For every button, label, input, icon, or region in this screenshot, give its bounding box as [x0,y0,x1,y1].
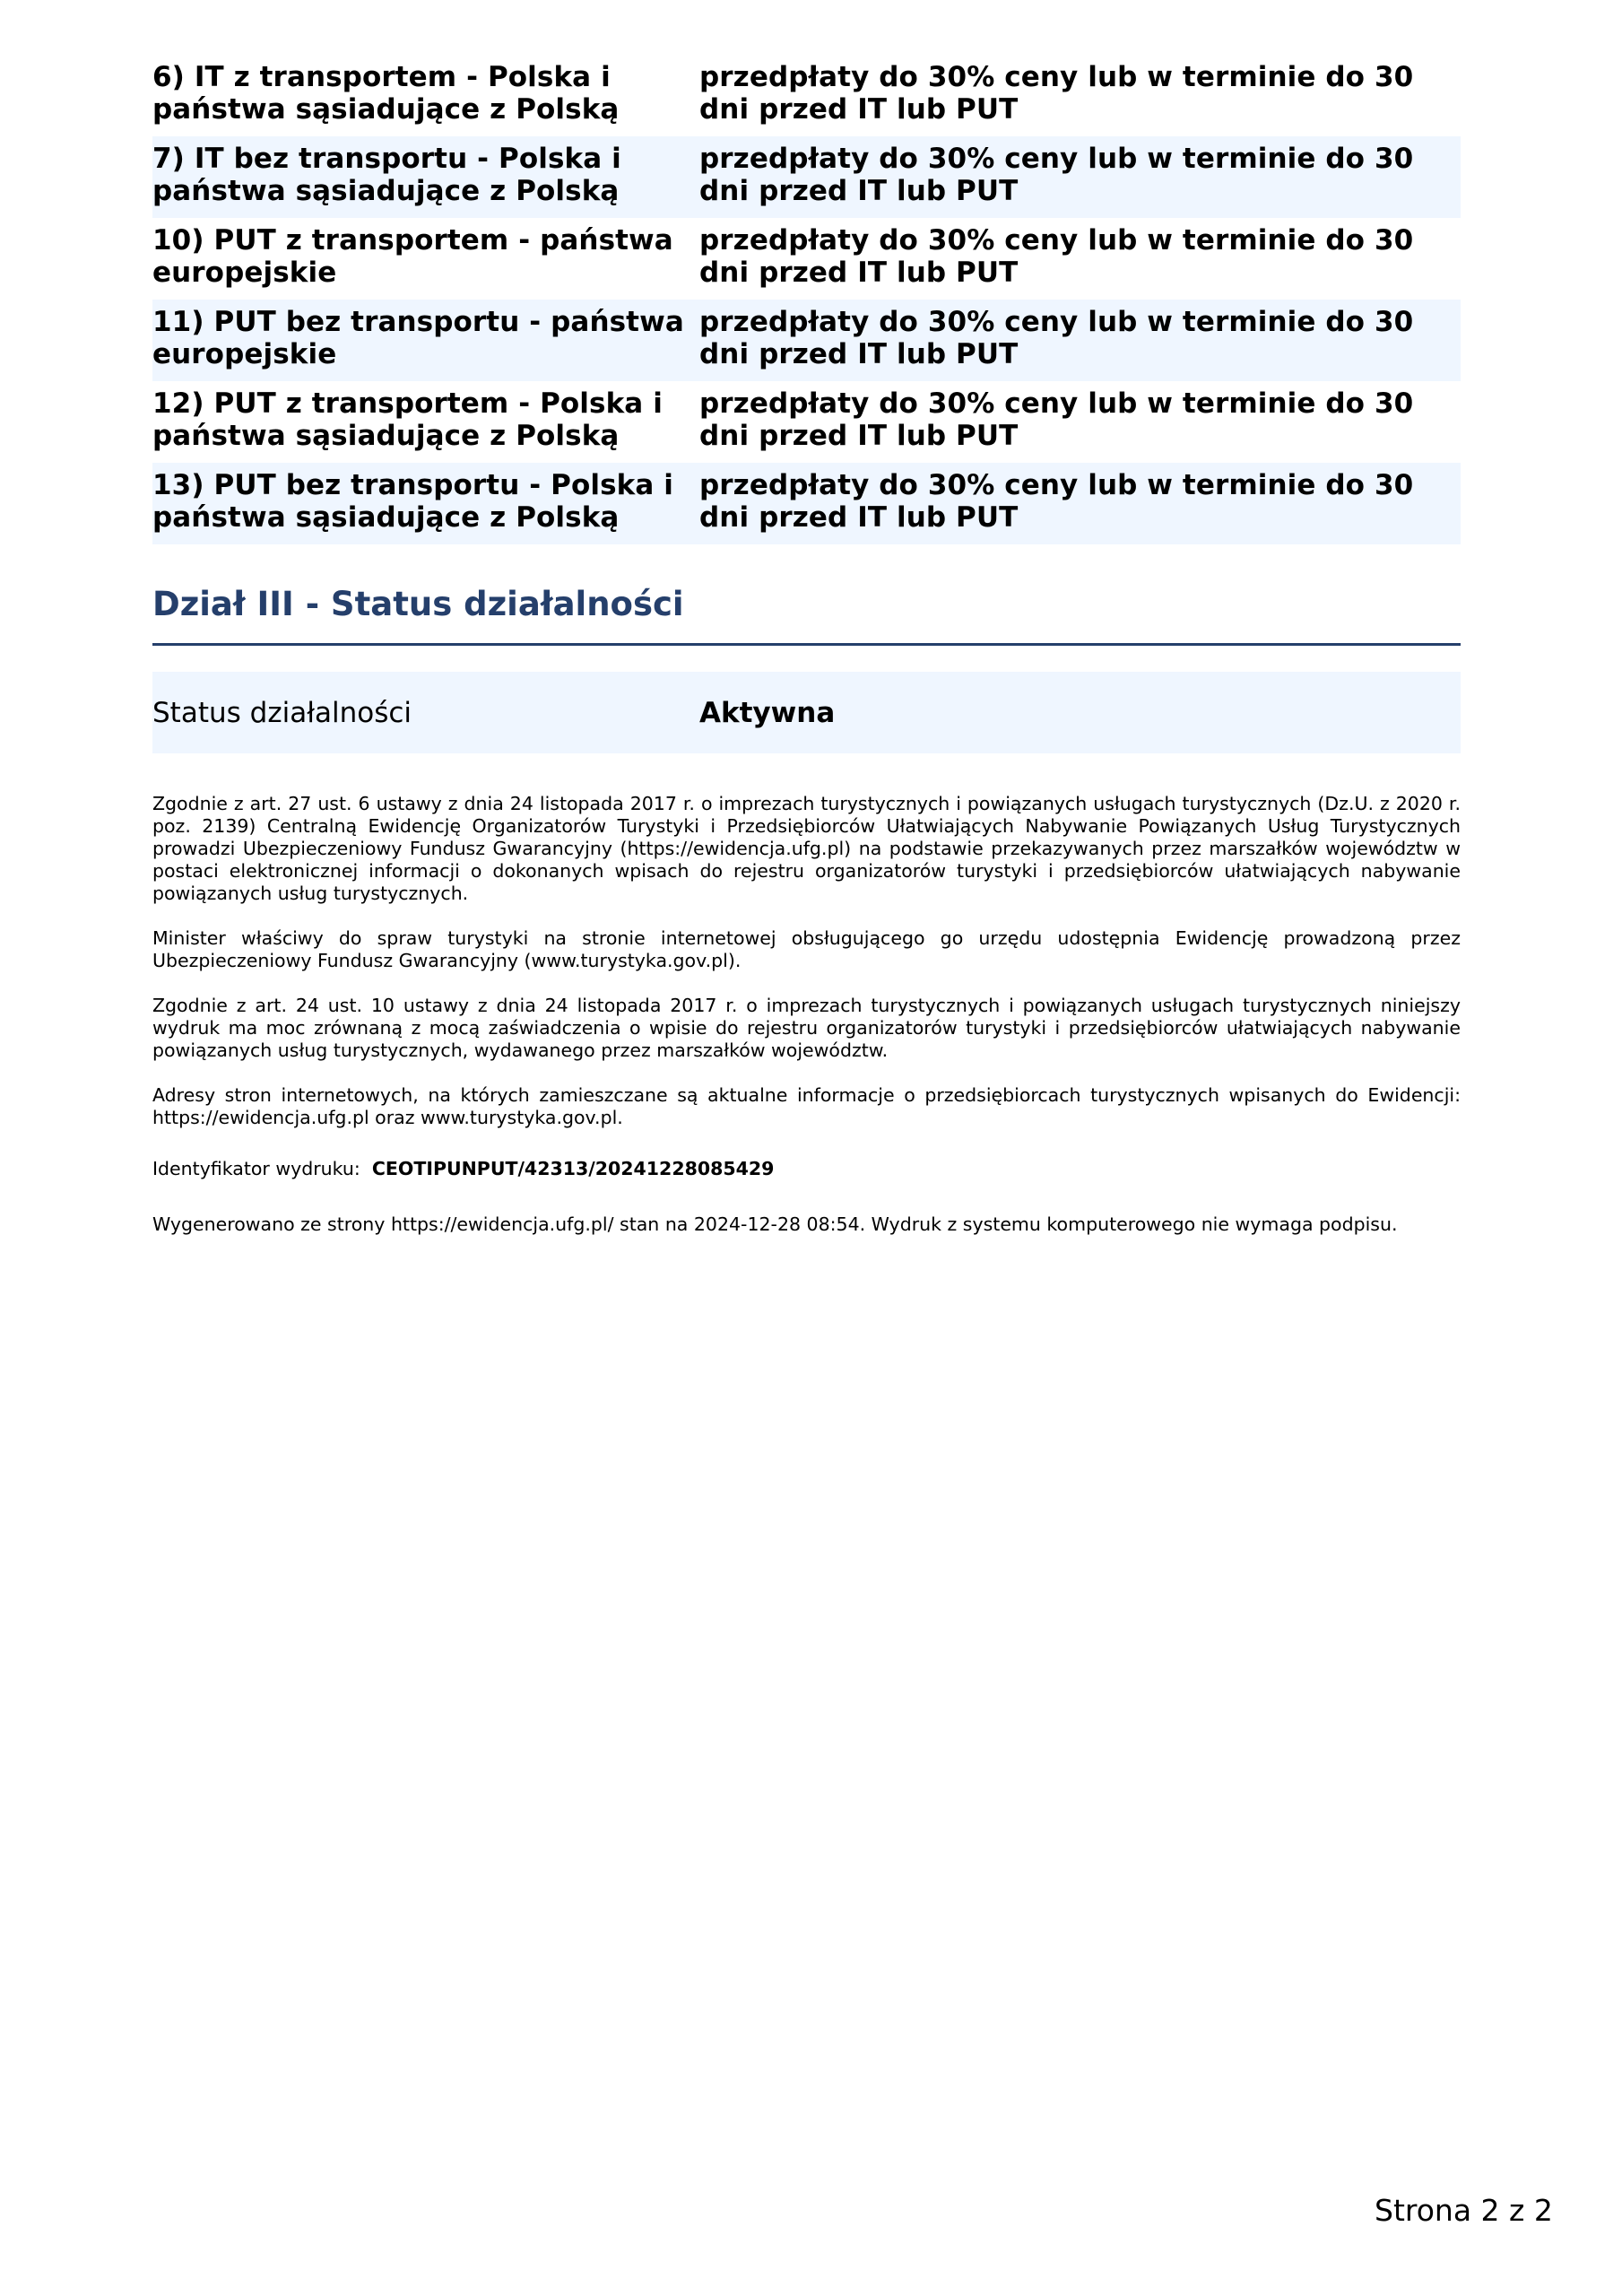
identifier-label: Identyfikator wydruku: [152,1158,360,1179]
row-type: 7) IT bez transportu - Polska i państwa … [152,143,699,218]
legal-paragraph: Zgodnie z art. 24 ust. 10 ustawy z dnia … [152,995,1461,1062]
row-type: 13) PUT bez transportu - Polska i państw… [152,469,699,544]
legal-notice: Zgodnie z art. 27 ust. 6 ustawy z dnia 2… [152,793,1461,1129]
legal-paragraph: Zgodnie z art. 27 ust. 6 ustawy z dnia 2… [152,793,1461,905]
row-type: 6) IT z transportem - Polska i państwa s… [152,61,699,136]
printout-identifier: Identyfikator wydruku: CEOTIPUNPUT/42313… [152,1158,1461,1180]
page-number: Strona 2 z 2 [1375,2193,1553,2229]
row-value: przedpłaty do 30% ceny lub w terminie do… [699,61,1461,136]
row-value: przedpłaty do 30% ceny lub w terminie do… [699,306,1461,381]
table-row: 11) PUT bez transportu - państwa europej… [152,300,1461,381]
row-type: 10) PUT z transportem - państwa europejs… [152,224,699,300]
identifier-value: CEOTIPUNPUT/42313/20241228085429 [372,1158,775,1179]
section-heading: Dział III - Status działalności [152,585,1461,633]
legal-paragraph: Minister właściwy do spraw turystyki na … [152,927,1461,972]
table-row: 13) PUT bez transportu - Polska i państw… [152,463,1461,544]
generated-note: Wygenerowano ze strony https://ewidencja… [152,1213,1461,1236]
table-row: 7) IT bez transportu - Polska i państwa … [152,136,1461,218]
status-value: Aktywna [699,697,835,729]
row-type: 12) PUT z transportem - Polska i państwa… [152,387,699,463]
payment-terms-table: 6) IT z transportem - Polska i państwa s… [152,55,1461,544]
section-divider [152,643,1461,646]
row-value: przedpłaty do 30% ceny lub w terminie do… [699,387,1461,463]
status-row: Status działalności Aktywna [152,672,1461,753]
row-value: przedpłaty do 30% ceny lub w terminie do… [699,224,1461,300]
status-label: Status działalności [152,697,699,729]
table-row: 6) IT z transportem - Polska i państwa s… [152,55,1461,136]
row-value: przedpłaty do 30% ceny lub w terminie do… [699,469,1461,544]
document-page: 6) IT z transportem - Polska i państwa s… [152,55,1461,1236]
table-row: 10) PUT z transportem - państwa europejs… [152,218,1461,300]
table-row: 12) PUT z transportem - Polska i państwa… [152,381,1461,463]
row-type: 11) PUT bez transportu - państwa europej… [152,306,699,381]
legal-paragraph: Adresy stron internetowych, na których z… [152,1084,1461,1129]
row-value: przedpłaty do 30% ceny lub w terminie do… [699,143,1461,218]
